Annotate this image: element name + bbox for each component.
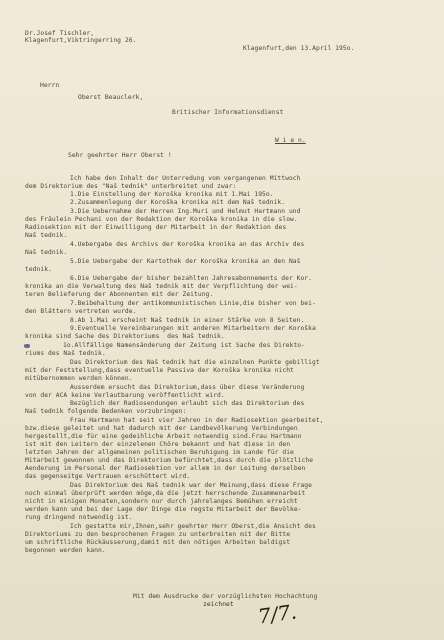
body-line: 4.Uebergabe des Archivs der Koroška kron…: [70, 241, 304, 249]
signature: 7/7.: [257, 599, 299, 628]
body-line: Naš tednik folgende Bedenken vorzubringe…: [25, 408, 186, 416]
body-line: riums des Naš tednik.: [25, 350, 106, 358]
body-line: bzw.diese geleitet und hat dadurch mit d…: [25, 425, 298, 433]
sender-address: Klagenfurt,Viktringerring 26.: [25, 37, 136, 45]
body-line: nicht in einigen Monaten,sondern nur dur…: [25, 498, 298, 506]
body-line: Naš tednik.: [25, 249, 67, 257]
body-line: von der ACA keine Verlautbarung veröffen…: [25, 392, 225, 400]
body-line: Ich gestatte mir,Ihnen,sehr geehrter Her…: [70, 523, 316, 531]
body-line: dem Direktorium des "Naš tednik" unterbr…: [25, 183, 236, 191]
body-line: um schriftliche Rückäusserung,damit mit …: [25, 539, 290, 547]
body-line: 8.Ab 1.Mai erscheint Naš tednik in einer…: [70, 317, 304, 325]
greeting: Sehr geehrter Herr Oberst !: [68, 152, 172, 160]
body-line: Ich habe den Inhalt der Unterredung vom …: [70, 175, 300, 183]
body-line: des Fräulein Pechani von der Redaktion d…: [25, 216, 298, 224]
body-line: begonnen werden kann.: [25, 547, 106, 555]
body-line: mitübernommen werden können.: [25, 375, 133, 383]
body-line: Direktoriums zu den besprochenen Fragen …: [25, 531, 290, 539]
recipient-prefix: Herrn: [40, 82, 59, 90]
body-line: 2.Zusammenlegung der Koroška kronika mit…: [70, 199, 285, 207]
body-line: Frau Hartmann hat seit vier Jahren in de…: [70, 417, 324, 425]
ink-correction-mark: [24, 344, 30, 348]
body-line: 6.Die Uebergabe der bisher bezahlten Jah…: [70, 275, 312, 283]
body-line: den Blättern vertreten wurde.: [25, 308, 136, 316]
body-line: tednik.: [25, 266, 52, 274]
body-line: noch einmal überprüft werden möge,da die…: [25, 490, 305, 498]
body-line: kronika sind Sache des Direktoriums des …: [25, 333, 225, 341]
body-line: 5.Die Uebergabe der Kartothek der Korošk…: [70, 258, 300, 266]
body-line: rung dringend notwendig ist.: [25, 514, 133, 522]
body-line: 1.Die Einstellung der Koroška kronika mi…: [70, 191, 274, 199]
body-line: ist mit den Leitern der einzelenen Chöre…: [25, 441, 290, 449]
body-line: werden kann und bei der Lage der Dinge d…: [25, 506, 302, 514]
body-line: Mitarbeit gewonnen und das Direktorium b…: [25, 457, 313, 465]
recipient-city: W i e n.: [275, 137, 306, 145]
body-line: 1o.Allfällige Namensänderung der Zeitung…: [63, 342, 305, 350]
body-line: mit der Feststellung,dass eventuelle Pas…: [25, 367, 294, 375]
body-line: 7.Beibehaltung der antikommunistischen L…: [70, 300, 316, 308]
signed-label: zeichnet: [203, 601, 234, 609]
body-line: hergestellt,die für eine gedeihliche Arb…: [25, 433, 302, 441]
body-line: 9.Eventuelle Vereinbarungen mit anderen …: [70, 325, 316, 333]
body-line: Das Direktorium des Naš tednik hat die e…: [70, 359, 320, 367]
body-line: Naš tednik.: [25, 232, 67, 240]
body-line: Das Direktorium des Naš tednik war der M…: [70, 482, 312, 490]
body-line: letzten Jahren der allgemeinen politisch…: [25, 449, 294, 457]
recipient-name: Oberst Beauclerk,: [78, 94, 143, 102]
body-line: Aenderung im Personal der Radiosektion v…: [25, 465, 305, 473]
body-line: 3.Die Uebernahme der Herren Ing.Muri und…: [70, 208, 300, 216]
body-line: Radiosektion mit der Einwilligung der Mi…: [25, 224, 286, 232]
body-line: kronika an die Verwaltung des Naš tednik…: [25, 283, 298, 291]
letter-page: Dr.Josef Tischler, Klagenfurt,Viktringer…: [0, 0, 444, 640]
body-line: teren Belieferung der Abonnenten mit der…: [25, 291, 213, 299]
recipient-organization: Britischer Informationsdienst: [172, 109, 283, 117]
body-line: Bezüglich der Radiosendungen erlaubt sic…: [70, 400, 304, 408]
body-line: das gegenseitge Vertrauen erschüttert wi…: [25, 473, 190, 481]
date-line: Klagenfurt,den 13.April 195o.: [243, 45, 354, 53]
body-line: Ausserdem ersucht das Direktorium,dass ü…: [70, 384, 304, 392]
